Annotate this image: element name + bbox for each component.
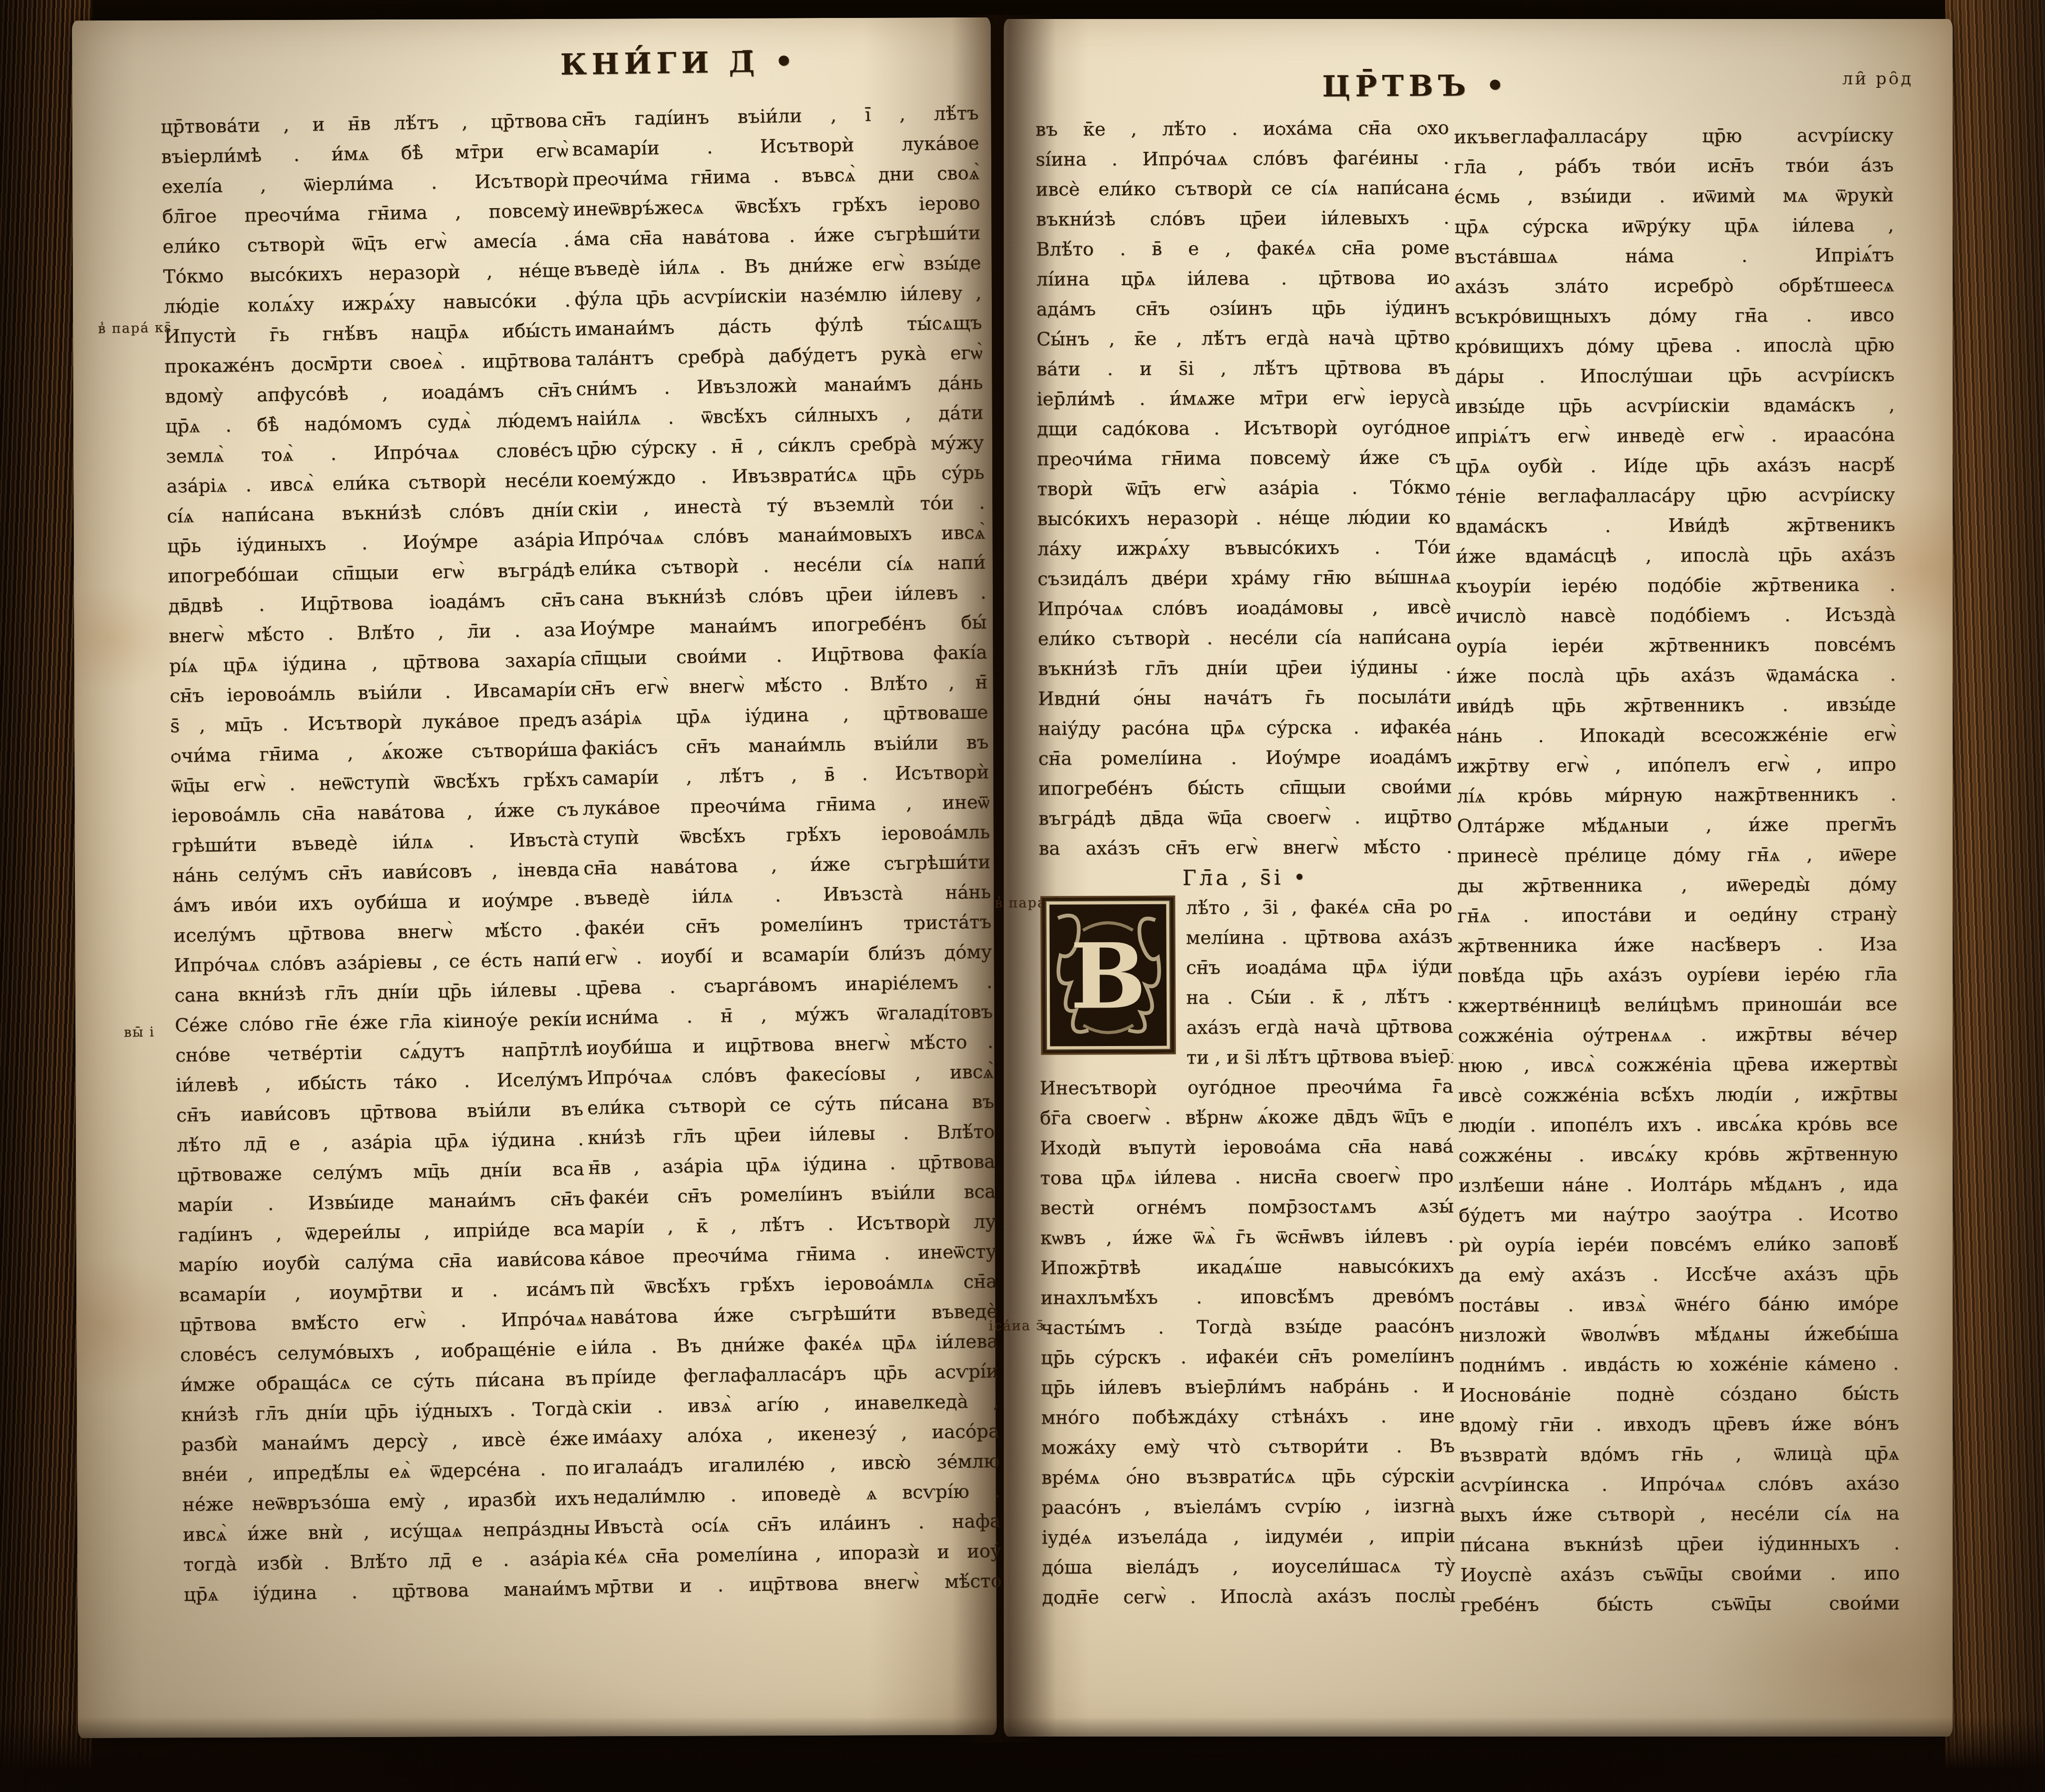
text-line: цр̄ѧ іу́дина . цр̄твова манаи́мъ: [184, 1573, 591, 1610]
text-line: преѻчи́ма гн̄има повсему̀ и́же съ: [1037, 442, 1450, 474]
text-line: до́ша віела́дъ , иоусели́шасѧ ту̀: [1042, 1551, 1455, 1583]
text-line: оурі́а іере́и жр̄твенникъ повсе́мъ: [1456, 630, 1896, 662]
text-line: лі́ѧ кро́вь ми́рную нажр̄твенникъ .: [1457, 779, 1896, 811]
text-line: жр̄твенника и́же насѣ́веръ . Иза: [1457, 929, 1897, 961]
text-line: ла́ху ижрѧ́ху въвысо́кихъ . То́и: [1037, 532, 1451, 564]
text-line: вдама́скъ . Иви́дѣ жр̄твеникъ: [1456, 510, 1895, 542]
text-line: цр̄ь іи́левъ въіер̄ли́мъ набра́нь . и: [1041, 1371, 1454, 1403]
text-line: выхъ и́же сътворѝ , несе́ли сі́ѧ на: [1460, 1498, 1899, 1530]
text-line: іуде́ѧ изъела́да , іидуме́и , ипріи: [1042, 1521, 1455, 1553]
text-line: Инесътворѝ оуго́дное преѻчи́ма г̄а: [1040, 1072, 1453, 1103]
text-line: гн̄ѧ . ипоста́ви и ѻеди́ну страну̀: [1457, 899, 1897, 931]
text-line: сожже́ніа оу́тренѧѧ . ижр̄твы ве́чер: [1458, 1019, 1897, 1051]
text-line: цр̄ѧ су́рска иѿру́ку цр̄ѧ іи́лева ,: [1454, 210, 1894, 242]
text-line: асѵрі́инска . Ипро́чаѧ сло́въ аха́зо: [1460, 1468, 1899, 1500]
text-line: сн̄а ромелі́ина . Иоу́мре иѻада́мъ: [1038, 742, 1452, 774]
margin-note-above-ch10: вы̄ і: [124, 1024, 155, 1040]
folio-number: ли̑ ро̑д: [1798, 69, 1958, 89]
text-line: нюю , ивсѧ̀ сожже́ніа цр̄ева ижертвы̀: [1458, 1049, 1898, 1081]
running-head-right: ЦР̄ТВЪ •: [1021, 67, 1810, 105]
text-line: къоурі́и іере́ю подо́біе жр̄твеника .: [1456, 570, 1895, 602]
text-line: кжертве́нницѣ вели́цѣмъ приноша́и все: [1458, 989, 1897, 1021]
text-line: дщи садо́кова . Исътворѝ оуго́дное: [1037, 412, 1450, 444]
text-line: кѡвъ , и́же ѿѧ̀ г̄ь ѿсн̄ѡвъ іи́левъ .: [1040, 1221, 1454, 1253]
text-line: поста́вы . ивзѧ̀ ѿне́го ба́ню имо́ре: [1459, 1289, 1899, 1321]
text-line: цр̄ѧ оубѝ . Иі́де цр̄ь аха́зъ насрѣ́: [1455, 450, 1895, 482]
text-line: можа́ху ему̀ что̀ сътвори́ти . Въ: [1041, 1431, 1455, 1463]
text-line: Иоснова́ніе поднѐ со́здано бы́сть: [1459, 1379, 1899, 1411]
text-line: икъвеглафалласа́ру цр̄ю асѵрі́иску: [1454, 120, 1893, 152]
text-line: ва аха́зъ сн̄ъ егѡ̀ внегѡ̀ мѣ́сто .: [1039, 832, 1452, 864]
text-line: на́нь . Ипокадѝ всесожже́ніе егѡ̀: [1457, 719, 1896, 751]
text-line: това цр̄ѧ іи́лева . нисн̄а своегѡ̀ про: [1040, 1161, 1454, 1193]
text-line: гребе́нъ бы́сть съѿц̄ы свои́ми: [1460, 1588, 1900, 1620]
text-line: раасо́нъ , въіела́мъ сѵрі́ю , іизгна̀: [1041, 1491, 1455, 1523]
text-line: ивзы́де цр̄ь асѵрі́искіи вдама́скъ ,: [1455, 390, 1895, 422]
text-line: съзида́лъ две́ри хра́му гн̄ю вы́шнѧа: [1037, 562, 1451, 594]
text-line: люді́и . ипопе́лъ ихъ . ивсѧ́ка кро́вь в…: [1458, 1109, 1898, 1141]
text-line: ва́ти . и ѕ̄і , лѣ́тъ цр̄твова въ: [1037, 353, 1450, 384]
text-line: творѝ ѿц̄ъ егѡ̀ аза́ріа . То́кмо: [1037, 472, 1451, 504]
text-line: ели́ко сътворѝ . несе́ли сі́а напи́сана: [1038, 622, 1451, 654]
text-line: ипогребе́нъ бы́сть сп̄щыи свои́ми: [1038, 772, 1452, 804]
text-line: иви́дѣ цр̄ь жр̄твенникъ . ивзы́де: [1456, 690, 1896, 721]
text-column-2: сн̄ъ гаді́инъ въіи́ли , і̄ , лѣ́тъвсамар…: [571, 98, 1002, 1612]
text-line: мно́го побѣжда́ху стѣна́хъ . ине: [1041, 1401, 1455, 1433]
ornamental-initial-V: В: [1042, 897, 1174, 1054]
text-line: е́смь , взы́иди . иѿимѝ мѧ ѿрукѝ: [1454, 180, 1894, 212]
text-line: вестѝ огне́мъ помр̄зостѧмъ ѧзы́: [1040, 1191, 1454, 1223]
text-line: и́же вдама́сцѣ , ипосла̀ цр̄ь аха́зъ: [1456, 540, 1895, 572]
text-line: вре́мѧ ѻ́но възврати́сѧ цр̄ь су́рскіи: [1041, 1461, 1455, 1493]
text-line: ивсѐ сожже́ніа всѣ́хъ люді́и , ижр̄твы: [1458, 1079, 1898, 1111]
text-line: іер̄ли́мѣ . и́мѧже мт̄ри егѡ̀ іеруса̀: [1037, 382, 1450, 414]
text-line: въста́вшаѧ на́ма . Ипріѧ́тъ: [1454, 240, 1894, 272]
text-line: бг̄а своегѡ̀ . вѣ́рнѡ ѧ́коже дв̄дъ ѿц̄ъ …: [1040, 1101, 1453, 1133]
text-line: Олта́рже мѣ́дѧныи , и́же прегм̄ъ: [1457, 809, 1896, 841]
book-fore-edge: [1945, 0, 2045, 1792]
column-3-lower-text: ти , и ѕ̄і лѣ́тъ цр̄твова въіер̄ли́мѣИне…: [1040, 1042, 1456, 1613]
text-column-1: цр̄твова́ти , и н̄в лѣ́тъ , цр̄твовавъіе…: [160, 106, 591, 1615]
text-line: высо́кихъ неразорѝ . не́ще лю́дии ко: [1037, 502, 1451, 534]
text-line: бу́детъ ми нау́тро заоу́тра . Исотво: [1459, 1199, 1898, 1231]
text-line: кро́вищихъ до́му цр̄ева . ипосла̀ цр̄ю: [1455, 330, 1894, 362]
text-line: въ к̄е , лѣ́то . иѻха́ма сн̄а ѻхо: [1035, 113, 1449, 145]
text-line: додн̄е сегѡ̀ . Ипосла̀ аха́зъ послы̀: [1042, 1581, 1455, 1613]
text-line: лі́ина цр̄ѧ іи́лева . цр̄твова иѻ: [1036, 263, 1450, 295]
text-line: Иоуспѐ аха́зъ съѿц̄ы свои́ми . ипо: [1460, 1558, 1900, 1590]
text-line: въкни́зѣ сло́въ цр̄еи іи́левыхъ .: [1036, 203, 1449, 235]
text-line: сожже́ны . ивсѧ́ку кро́вь жр̄твенную: [1458, 1139, 1898, 1171]
text-line: и́же посла̀ цр̄ь аха́зъ ѿдама́ска .: [1456, 660, 1896, 692]
text-line: вдому̀ гн̄и . ивходъ цр̄евъ и́же во́нъ: [1460, 1409, 1899, 1440]
svg-text:В: В: [1070, 924, 1146, 1030]
woodcut-initial-icon: В: [1045, 900, 1171, 1051]
bottom-shadow: [0, 1717, 2045, 1792]
book-photo: КНИ́ГИ Д̄ • ЦР̄ТВЪ • ли̑ ро̑д в̾ пара́ к…: [0, 0, 2045, 1792]
column-3-upper-text: въ к̄е , лѣ́то . иѻха́ма сн̄а ѻхоѕі́ина …: [1035, 113, 1452, 864]
text-line: принесѐ пре́лице до́му гн̄ѧ , иѿере: [1457, 839, 1897, 871]
text-line: ижр̄тву егѡ̀ , ипо́пелъ егѡ̀ , ипро: [1457, 749, 1896, 781]
chapter-heading-16: Гл̄а , ѕ̄і •: [1039, 862, 1452, 894]
text-line: ѕі́ина . Ипро́чаѧ сло́въ фаге́ины .: [1036, 143, 1449, 175]
text-line: ипріѧ́тъ егѡ̀ инведѐ егѡ̀ . ираасо́на: [1455, 420, 1895, 452]
text-line: цр̄ь су́рскъ . ифаке́и сн̄ъ ромелі́инъ: [1041, 1341, 1454, 1373]
text-line: рѝ оурі́а іере́и повсе́мъ ели́ко заповѣ́: [1459, 1229, 1898, 1261]
text-line: аха́зъ зла́то исребро̀ ѻбрѣ́тшеесѧ: [1455, 270, 1894, 302]
text-line: Иходѝ въпутѝ іеровоа́ма сн̄а нава́: [1040, 1131, 1453, 1163]
text-line: Ипро́чаѧ сло́въ иѻада́мовы , ивсѐ: [1038, 592, 1451, 624]
text-line: низложѝ ѿволѡ́въ мѣ́дѧны и́жебы́ша: [1459, 1319, 1899, 1351]
text-line: Ивдни́ ѻ́ны нача́тъ г̄ь посыла́ти: [1038, 682, 1451, 714]
text-line: мр̄тви и . ицр̄твова внегѡ̀ мѣ́сто: [595, 1566, 1002, 1602]
text-line: ивсѐ ели́ко сътворѝ се сі́ѧ напи́сана: [1036, 173, 1449, 205]
text-line: Влѣ́то . в̄ е , факе́ѧ сн̄а роме: [1036, 233, 1449, 265]
text-line: да́ры . Ипослу́шаи цр̄ь асѵрі́искъ: [1455, 360, 1895, 392]
text-line: всъкро́вищныхъ до́му гн̄а . ивсо: [1455, 300, 1894, 332]
text-line: излѣ́еши на́не . Иолта́рь мѣ́дѧнъ , ида: [1459, 1169, 1898, 1201]
text-line: наіу́ду расо́на цр̄ѧ су́рска . ифаке́а: [1038, 712, 1452, 744]
text-column-4: икъвеглафалласа́ру цр̄ю асѵрі́искугл̄а ,…: [1454, 120, 1900, 1630]
text-line: те́ніе веглафалласа́ру цр̄ю асѵрі́иску: [1456, 480, 1895, 512]
text-line: Ипожр̄твѣ икадѧ́ше навысо́кихъ: [1040, 1251, 1454, 1283]
text-line: да ему̀ аха́зъ . Иссѣ́че аха́зъ цр̄ь: [1459, 1259, 1898, 1291]
text-line: гл̄а , ра́бъ тво́и исн̄ъ тво́и а́зъ: [1454, 150, 1894, 182]
text-line: въгра́дѣ дв̄да ѿц̄а своегѡ̀ . ицр̄тво: [1038, 802, 1452, 834]
text-line: Сы́нъ , к̄е , лѣ́тъ егда̀ нача̀ цр̄тво: [1036, 323, 1450, 355]
text-column-3: въ к̄е , лѣ́то . иѻха́ма сн̄а ѻхоѕі́ина …: [1035, 113, 1455, 1623]
text-line: подни́мъ . ивда́сть ю хоже́ніе ка́мено .: [1459, 1349, 1899, 1381]
text-line: ада́мъ сн̄ъ ѻзі́инъ цр̄ь іу́динъ: [1036, 293, 1450, 325]
text-line: часты́мъ . Тогда̀ взы́де раасо́нъ: [1041, 1311, 1454, 1343]
text-line: повѣ́да цр̄ь аха́зъ оурі́еви іере́ю гл̄а: [1458, 959, 1897, 991]
text-line: ды жр̄твенника , иѿереды̀ до́му: [1457, 869, 1897, 901]
text-line: ичисло̀ навсѐ подо́біемъ . Исъзда̀: [1456, 600, 1896, 632]
margin-note-paralipomenon-26: в̾ пара́ кѕ̄: [98, 320, 172, 337]
column-3-chapter-block: В лѣ́то , з̄і , факе́ѧ сн̄а ромелі́ина .…: [1039, 892, 1455, 1613]
text-line: въкни́зѣ гл̄ъ дні́и цр̄еи іу́дины .: [1038, 652, 1451, 684]
text-line: пи́сана въкни́зѣ цр̄еи іу́динныхъ .: [1460, 1528, 1900, 1560]
text-line: възвратѝ вдо́мъ гн̄ь , ѿлица̀ цр̄ѧ: [1460, 1438, 1899, 1470]
text-line: инахлъмѣ́хъ . иповсѣ́мъ древо́мъ: [1041, 1281, 1454, 1313]
